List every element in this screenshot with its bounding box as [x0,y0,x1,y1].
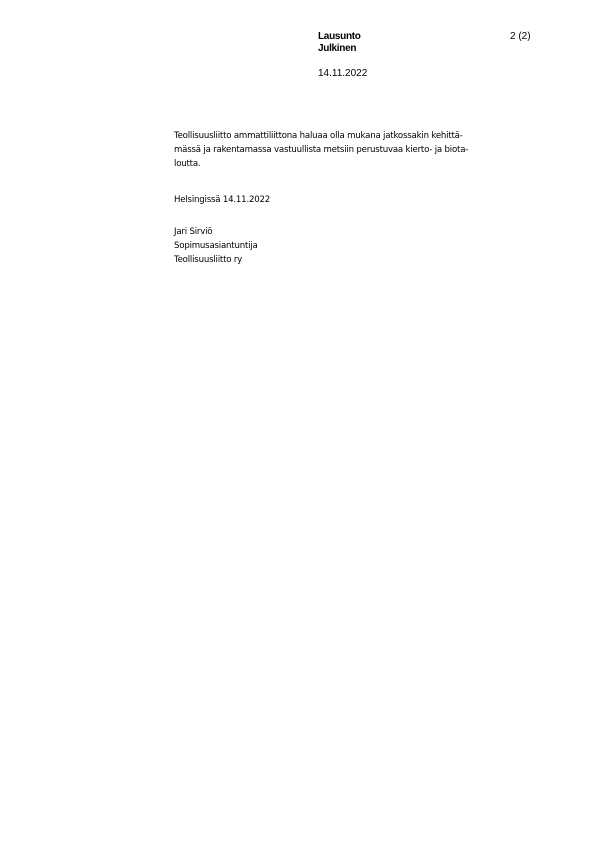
signatory-name: Jari Sirviö [174,225,258,239]
paragraph-line: Teollisuusliitto ammattiliittona haluaa … [174,129,534,143]
page-indicator: 2 (2) [510,31,531,43]
signatory-title: Sopimusasiantuntija [174,239,258,253]
document-date: 14.11.2022 [318,68,367,80]
document-page: Lausunto Julkinen 2 (2) 14.11.2022 Teoll… [0,0,595,842]
signature-block: Jari Sirviö Sopimusasiantuntija Teollisu… [174,225,258,267]
paragraph-line: loutta. [174,157,534,171]
document-type: Lausunto [318,31,361,43]
paragraph-line: mässä ja rakentamassa vastuullista metsi… [174,143,534,157]
place-and-date: Helsingissä 14.11.2022 [174,193,270,207]
signatory-organization: Teollisuusliitto ry [174,253,258,267]
document-status: Julkinen [318,43,356,55]
closing-paragraph: Teollisuusliitto ammattiliittona haluaa … [174,129,534,171]
